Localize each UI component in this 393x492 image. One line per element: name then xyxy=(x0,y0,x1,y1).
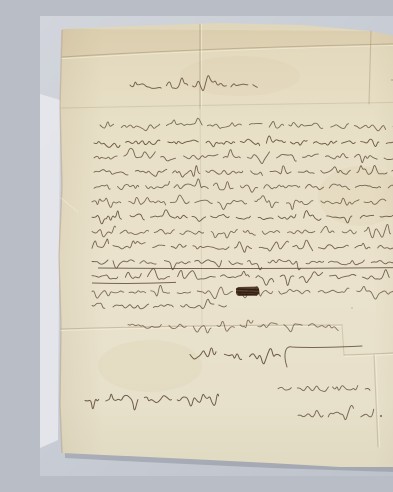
backing-sheet-edge xyxy=(40,94,60,448)
letter-canvas xyxy=(40,16,393,476)
letter-photograph xyxy=(40,16,393,476)
